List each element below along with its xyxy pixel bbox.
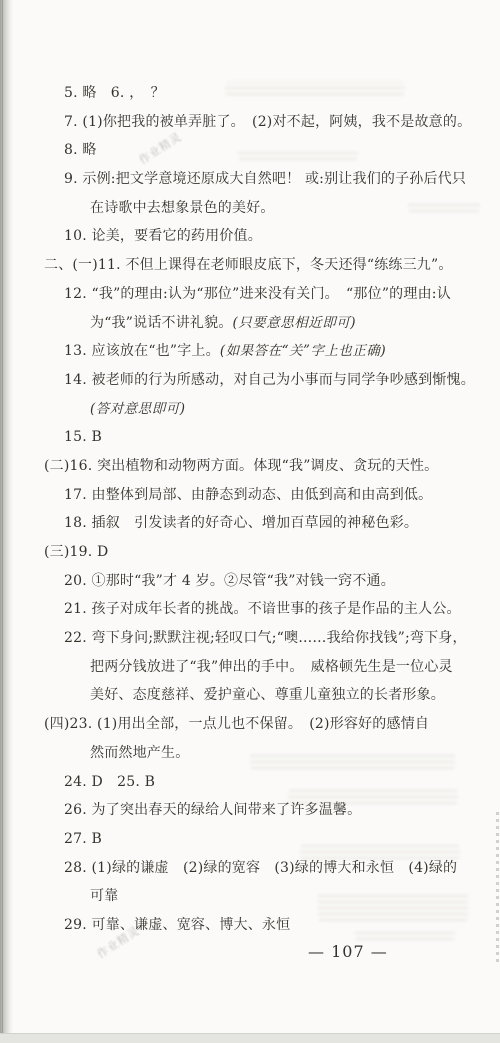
answer-line: 5. 略 6. ， ？ — [0, 79, 500, 108]
answer-text: 5. 略 6. ， ？ — [64, 85, 165, 101]
answer-line: 22. 弯下身问;默默注视;轻叹口气;“噢……我给你找钱”;弯下身， — [0, 624, 500, 653]
answer-text: 26. 为了突出春天的绿给人间带来了许多温馨。 — [64, 802, 361, 818]
answer-line: 20. ①那时“我”才 4 岁。②尽管“我”对钱一窍不通。 — [0, 567, 500, 596]
answer-line: 18. 插叙 引发读者的好奇心、增加百草园的神秘色彩。 — [0, 509, 500, 538]
answer-text: 9. 示例:把文学意境还原成大自然吧！ 或:别让我们的子孙后代只 — [64, 171, 466, 187]
answer-line: 17. 由整体到局部、由静态到动态、由低到高和由高到低。 — [0, 481, 500, 510]
answer-line: 21. 孩子对成年长者的挑战。不谙世事的孩子是作品的主人公。 — [0, 595, 500, 624]
answer-text: 27. B — [64, 831, 102, 847]
answer-line: 7. (1)你把我的被单弄脏了。 (2)对不起，阿姨，我不是故意的。 — [0, 108, 500, 137]
answer-line: 10. 论美，要看它的药用价值。 — [0, 222, 500, 251]
answer-line: 12. “我”的理由:认为“那位”进来没有关门。 “那位”的理由:认 — [0, 280, 500, 309]
grading-note: (只要意思相近即可) — [233, 315, 357, 331]
answer-line: 美好、态度慈祥、爱护童心、尊重儿童独立的长者形象。 — [0, 681, 500, 710]
answer-text: 24. D 25. B — [64, 774, 155, 790]
answer-line: 二、(一)11. 不但上课得在老师眼皮底下，冬天还得“练练三九”。 — [0, 251, 500, 280]
answer-line: 然而然地产生。 — [0, 739, 500, 768]
answer-text: (三)19. D — [44, 544, 108, 560]
answer-line: 28. (1)绿的谦虚 (2)绿的宽容 (3)绿的博大和永恒 (4)绿的 — [0, 854, 500, 883]
answer-text: 8. 略 — [64, 142, 97, 158]
answer-text: 15. B — [64, 429, 102, 445]
answer-line: 26. 为了突出春天的绿给人间带来了许多温馨。 — [0, 796, 500, 825]
answer-text: (四)23. (1)用出全部，一点儿也不保留。 (2)形容好的感情自 — [44, 716, 429, 732]
answer-text: 为“我”说话不讲礼貌。 — [90, 315, 233, 331]
answer-text: 在诗歌中去想象景色的美好。 — [90, 200, 275, 216]
answer-text: 21. 孩子对成年长者的挑战。不谙世事的孩子是作品的主人公。 — [64, 601, 461, 617]
answer-text: 13. 应该放在“也”字上。 — [64, 343, 220, 359]
answer-line: 8. 略 — [0, 136, 500, 165]
answer-text: 14. 被老师的行为所感动，对自己为小事而与同学争吵感到惭愧。 — [64, 372, 475, 388]
answer-line: 把两分钱放进了“我”伸出的手中。 威格顿先生是一位心灵 — [0, 653, 500, 682]
answer-text: 7. (1)你把我的被单弄脏了。 (2)对不起，阿姨，我不是故意的。 — [64, 114, 471, 130]
answer-text: 29. 可靠、谦虚、宽容、博大、永恒 — [64, 917, 290, 933]
answer-text: 18. 插叙 引发读者的好奇心、增加百草园的神秘色彩。 — [64, 515, 418, 531]
scanned-answer-page: 作业精灵 作业精灵 5. 略 6. ， ？7. (1)你把我的被单弄脏了。 (2… — [0, 0, 500, 1043]
answer-text: 17. 由整体到局部、由静态到动态、由低到高和由高到低。 — [64, 487, 432, 503]
answer-line: (四)23. (1)用出全部，一点儿也不保留。 (2)形容好的感情自 — [0, 710, 500, 739]
answer-text: 10. 论美，要看它的药用价值。 — [64, 228, 262, 244]
answer-line: 可靠 — [0, 882, 500, 911]
answer-line: 为“我”说话不讲礼貌。(只要意思相近即可) — [0, 309, 500, 338]
answer-text: 二、(一)11. 不但上课得在老师眼皮底下，冬天还得“练练三九”。 — [44, 257, 453, 273]
answer-line: 在诗歌中去想象景色的美好。 — [0, 194, 500, 223]
answer-text: 20. ①那时“我”才 4 岁。②尽管“我”对钱一窍不通。 — [64, 573, 395, 589]
answer-line: (二)16. 突出植物和动物两方面。体现“我”调皮、贪玩的天性。 — [0, 452, 500, 481]
answer-line: 13. 应该放在“也”字上。(如果答在“关”字上也正确) — [0, 337, 500, 366]
answer-line: 27. B — [0, 825, 500, 854]
answer-text: 12. “我”的理由:认为“那位”进来没有关门。 “那位”的理由:认 — [64, 286, 451, 302]
answer-text: 28. (1)绿的谦虚 (2)绿的宽容 (3)绿的博大和永恒 (4)绿的 — [64, 860, 457, 876]
grading-note: (如果答在“关”字上也正确) — [220, 343, 386, 359]
grading-note: (答对意思即可) — [90, 401, 186, 417]
answer-text: 然而然地产生。 — [90, 745, 189, 761]
scan-edge-artifact — [496, 812, 499, 964]
answer-line: 9. 示例:把文学意境还原成大自然吧！ 或:别让我们的子孙后代只 — [0, 165, 500, 194]
page-number: — 107 — — [308, 942, 388, 961]
scanner-bottom-edge — [0, 1033, 500, 1043]
answer-text: (二)16. 突出植物和动物两方面。体现“我”调皮、贪玩的天性。 — [44, 458, 438, 474]
answer-text: 把两分钱放进了“我”伸出的手中。 威格顿先生是一位心灵 — [90, 659, 453, 675]
answer-line: (三)19. D — [0, 538, 500, 567]
answer-line: 29. 可靠、谦虚、宽容、博大、永恒 — [0, 911, 500, 940]
answer-text: 22. 弯下身问;默默注视;轻叹口气;“噢……我给你找钱”;弯下身， — [64, 630, 467, 646]
answer-text-block: 5. 略 6. ， ？7. (1)你把我的被单弄脏了。 (2)对不起，阿姨，我不… — [0, 79, 500, 940]
answer-line: 15. B — [0, 423, 500, 452]
answer-line: 24. D 25. B — [0, 768, 500, 797]
answer-text: 可靠 — [90, 888, 118, 904]
answer-line: (答对意思即可) — [0, 395, 500, 424]
answer-line: 14. 被老师的行为所感动，对自己为小事而与同学争吵感到惭愧。 — [0, 366, 500, 395]
answer-text: 美好、态度慈祥、爱护童心、尊重儿童独立的长者形象。 — [90, 687, 445, 703]
